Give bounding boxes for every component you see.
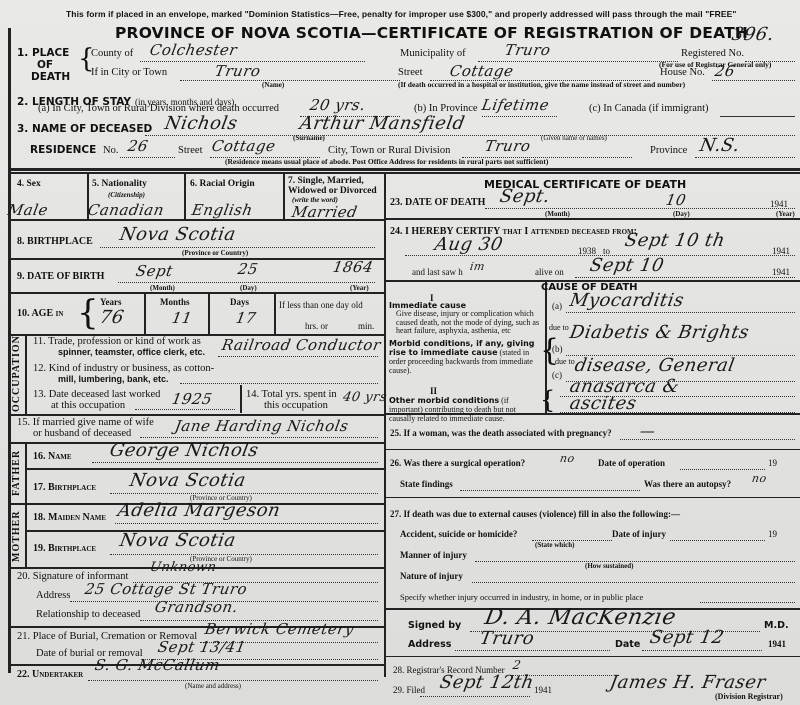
- findings-label: State findings: [400, 479, 453, 489]
- informant-signature-value: Unknown: [149, 560, 218, 575]
- external-causes-label: 27. If death was due to external causes …: [390, 509, 680, 519]
- residence-street-label: Street: [178, 145, 203, 156]
- industry-label: 12. Kind of industry or business, as cot…: [33, 363, 214, 385]
- residence-label: RESIDENCE: [30, 144, 96, 156]
- total-years-label: 14. Total yrs. spent in this occupation: [246, 389, 337, 411]
- birthplace-value: Nova Scotia: [118, 224, 237, 245]
- given-note: (Given name or names): [541, 134, 607, 142]
- mother-maiden-value: Adelia Margeson: [116, 500, 282, 521]
- injury-date-label: Date of injury: [612, 529, 666, 539]
- father-birthplace-value: Nova Scotia: [128, 470, 247, 491]
- nationality-note: (Citizenship): [108, 191, 145, 199]
- pregnancy-value: —: [638, 422, 657, 440]
- dob-month-note: (Month): [150, 284, 175, 292]
- undertaker-label: 22. Undertaker: [17, 669, 83, 680]
- residence-no-value: 26: [126, 137, 149, 155]
- age-years-value: 76: [98, 307, 126, 328]
- physician-signature: D. A. MacKenzie: [483, 605, 678, 630]
- mother-birthplace-label: 19. Birthplace: [33, 543, 96, 554]
- nationality-label: 5. Nationality: [92, 179, 147, 189]
- relationship-value: Grandson.: [153, 598, 239, 616]
- residence-province-value: N.S.: [698, 135, 741, 156]
- registered-no-label: Registered No.: [681, 48, 744, 59]
- residence-city-value: Truro: [483, 137, 532, 155]
- mail-notice: This form if placed in an envelope, mark…: [66, 9, 737, 19]
- manner-label: Manner of injury: [400, 550, 467, 560]
- attended-from: Aug 30: [433, 234, 504, 255]
- deceased-surname: Nichols: [163, 113, 239, 134]
- dob-day-note: (Day): [240, 284, 257, 292]
- residence-street-value: Cottage: [210, 137, 277, 155]
- place-of-death-label: 1. PLACE OF DEATH: [17, 47, 70, 83]
- birthplace-note: (Province or Country): [182, 249, 248, 257]
- stay-city-label: (a) In City, Town or Rural Division wher…: [38, 103, 279, 114]
- filed-label: 29. Filed: [393, 685, 425, 695]
- signature-date-year: 1941: [768, 639, 786, 649]
- undertaker-value: S. G. McCallum: [93, 656, 221, 674]
- spouse-value: Jane Harding Nichols: [173, 417, 350, 435]
- dob-label: 9. DATE OF BIRTH: [17, 271, 104, 282]
- alive-on-label: alive on: [535, 267, 564, 277]
- min-label: min.: [358, 321, 374, 331]
- mother-maiden-label: 18. Maiden Name: [33, 512, 106, 523]
- death-year-note: (Year): [776, 210, 795, 218]
- house-no-value: 26: [713, 62, 736, 80]
- md-label: M.D.: [764, 620, 789, 631]
- age-months-label: Months: [160, 297, 190, 307]
- physician-address-value: Truro: [478, 628, 536, 649]
- father-name-value: George Nichols: [108, 440, 260, 461]
- hospital-note: (If death occurred in a hospital or inst…: [398, 80, 685, 89]
- other-conditions-label: Other morbid conditions (if important) c…: [389, 396, 541, 423]
- immediate-cause-desc: Give disease, injury or complication whi…: [396, 310, 544, 336]
- record-number-value: 2: [512, 658, 523, 672]
- operation-label: 26. Was there a surgical operation?: [390, 458, 525, 468]
- autopsy-value: no: [751, 472, 768, 485]
- trade-label: 11. Trade, profession or kind of work as…: [33, 336, 205, 358]
- date-of-death-year: 1941: [770, 199, 788, 209]
- morbid-conditions-label: Morbid conditions, if any, giving rise t…: [389, 339, 539, 375]
- death-day-note: (Day): [673, 210, 690, 218]
- city-value: Truro: [213, 62, 262, 80]
- sex-value: Male: [6, 201, 49, 219]
- cause-b-value: Diabetis & Brights: [568, 322, 751, 343]
- stay-province-value: Lifetime: [480, 96, 550, 114]
- certificate-number: 396.: [730, 24, 776, 45]
- mother-side-label: MOTHER: [11, 510, 22, 562]
- filed-year: 1941: [534, 685, 552, 695]
- birthplace-label: 8. BIRTHPLACE: [17, 236, 93, 247]
- how-sustained-note: (How sustained): [585, 562, 633, 570]
- age-label: 10. AGE in: [17, 308, 63, 319]
- stay-canada-label: (c) In Canada (if immigrant): [589, 103, 709, 114]
- county-label: County of: [91, 48, 133, 59]
- burial-date-value: Sept 13/41: [156, 638, 247, 656]
- certify-label: 24. I HEREBY CERTIFY that I attended dec…: [390, 226, 637, 237]
- relationship-label: Relationship to deceased: [36, 609, 140, 620]
- age-days-label: Days: [230, 297, 249, 307]
- other-conditions-2: ascites: [568, 393, 638, 414]
- alive-on-value: Sept 10: [588, 255, 666, 276]
- attended-to-year: 1941: [772, 246, 790, 256]
- less-than-day-label: If less than one day old: [279, 300, 363, 310]
- column-divider: [384, 172, 386, 677]
- occupation-side-label: OCCUPATION: [11, 335, 22, 412]
- last-worked-label: 13. Date deceased last worked at this oc…: [33, 389, 160, 411]
- operation-value: no: [559, 452, 576, 465]
- death-certificate: This form if placed in an envelope, mark…: [0, 0, 800, 705]
- deceased-name-label: 3. NAME OF DECEASED: [17, 123, 152, 135]
- operation-date-label: Date of operation: [598, 458, 665, 468]
- date-of-death-day: 10: [664, 191, 687, 209]
- death-month-note: (Month): [545, 210, 570, 218]
- total-years-value: 40 yrs: [342, 390, 389, 405]
- municipality-label: Municipality of: [400, 48, 466, 59]
- document-title: PROVINCE OF NOVA SCOTIA—CERTIFICATE OF R…: [115, 24, 748, 42]
- age-years-label: Years: [100, 297, 122, 307]
- deceased-given-names: Arthur Mansfield: [298, 113, 466, 134]
- last-worked-value: 1925: [170, 390, 213, 408]
- attended-to: Sept 10 th: [623, 230, 727, 251]
- dob-month: Sept: [134, 262, 174, 280]
- undertaker-note: (Name and address): [185, 682, 241, 690]
- age-months-value: 11: [170, 309, 193, 327]
- residence-no-label: No.: [103, 145, 118, 156]
- dob-year: 1864: [331, 258, 374, 276]
- signature-date-value: Sept 12: [648, 627, 726, 648]
- city-label: If in City or Town: [91, 67, 167, 78]
- state-which-note: (State which): [535, 541, 574, 549]
- residence-city-label: City, Town or Rural Division: [328, 145, 450, 156]
- informant-address-value: 25 Cottage St Truro: [83, 580, 248, 598]
- spouse-label: 15. If married give name of wife or husb…: [17, 417, 154, 439]
- house-no-label: House No.: [660, 67, 705, 78]
- street-label: Street: [398, 67, 423, 78]
- name-note: (Name): [262, 81, 284, 89]
- date-of-death-month: Sept.: [498, 186, 552, 207]
- last-saw-label: and last saw h: [412, 267, 463, 277]
- father-name-label: 16. Name: [33, 451, 72, 462]
- surname-note: (Surname): [293, 134, 325, 142]
- cause-a-value: Myocarditis: [568, 290, 686, 311]
- accident-label: Accident, suicide or homicide?: [400, 529, 517, 539]
- informant-address-label: Address: [36, 590, 70, 601]
- dob-year-note: (Year): [350, 284, 369, 292]
- father-side-label: FATHER: [11, 450, 22, 496]
- municipality-value: Truro: [503, 41, 552, 59]
- signed-by-label: Signed by: [408, 620, 461, 631]
- county-value: Colchester: [148, 41, 238, 59]
- pregnancy-label: 25. If a woman, was the death associated…: [390, 428, 612, 438]
- sex-label: 4. Sex: [17, 179, 41, 189]
- stay-city-value: 20 yrs.: [308, 96, 367, 114]
- marital-status-label: 7. Single, Married, Widowed or Divorced: [288, 176, 377, 196]
- signature-date-label: Date: [615, 639, 640, 650]
- hrs-label: hrs. or: [305, 321, 328, 331]
- autopsy-label: Was there an autopsy?: [644, 479, 731, 489]
- last-saw-pronoun: im: [469, 260, 486, 273]
- residence-province-label: Province: [650, 145, 687, 156]
- date-of-death-label: 23. DATE OF DEATH: [390, 197, 485, 208]
- alive-on-year: 1941: [772, 267, 790, 277]
- residence-note: (Residence means usual place of abode. P…: [225, 157, 548, 166]
- age-days-value: 17: [234, 309, 257, 327]
- division-registrar-note: (Division Registrar): [715, 692, 783, 701]
- trade-value: Railroad Conductor: [220, 336, 382, 354]
- specify-label: Specify whether injury occurred in indus…: [400, 592, 643, 602]
- registrar-signature: James H. Fraser: [608, 672, 767, 693]
- racial-origin-label: 6. Racial Origin: [190, 179, 255, 189]
- nature-label: Nature of injury: [400, 571, 463, 581]
- nationality-value: Canadian: [86, 201, 165, 219]
- physician-address-label: Address: [408, 639, 451, 650]
- cause-c-value: disease, General: [573, 355, 736, 376]
- dob-day: 25: [236, 260, 259, 278]
- street-value: Cottage: [448, 62, 515, 80]
- burial-place-value: Berwick Cemetery: [203, 620, 355, 638]
- father-birthplace-label: 17. Birthplace: [33, 482, 96, 493]
- racial-origin-value: English: [190, 201, 254, 219]
- mother-birthplace-value: Nova Scotia: [118, 530, 237, 551]
- filed-date-value: Sept 12th: [438, 672, 535, 693]
